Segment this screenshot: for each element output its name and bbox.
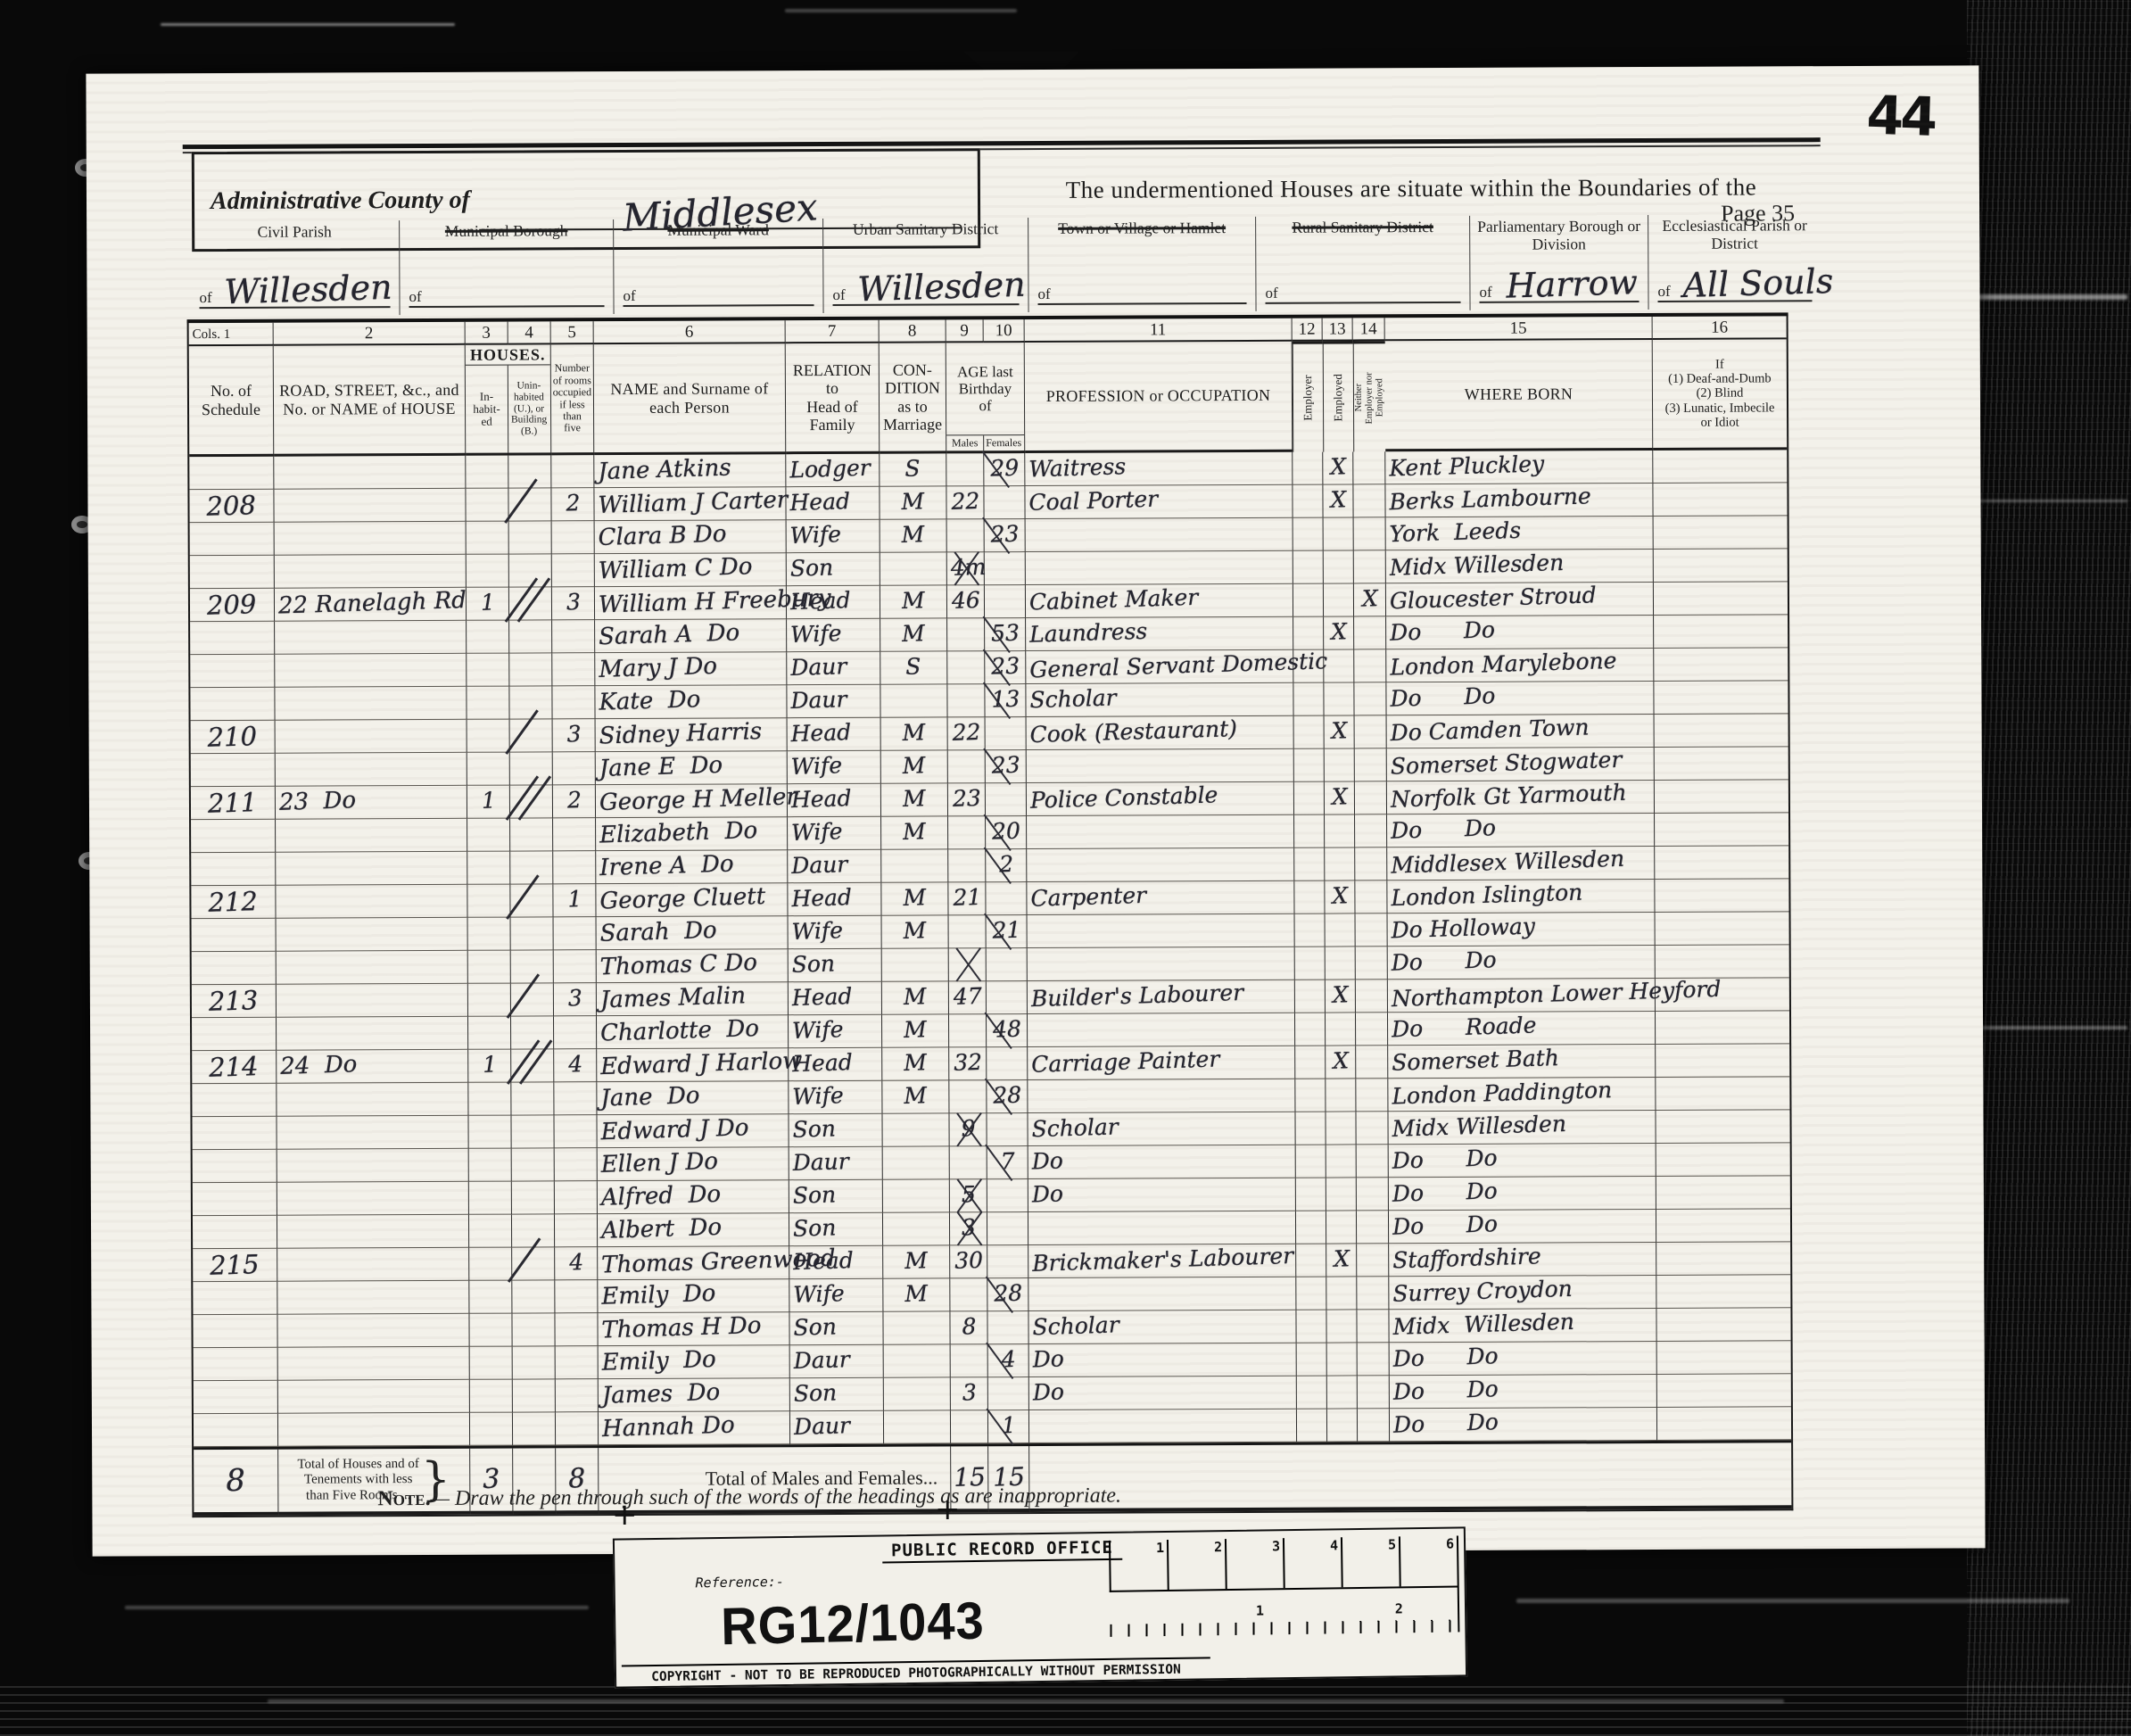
name-cell: Thomas C Do [597,949,789,983]
header-infirmity: If (1) Deaf-and-Dumb (2) Blind (3) Lunat… [1653,339,1788,451]
district-value: All Souls [1683,266,1834,301]
age-male-cell: 22 [946,486,984,519]
scan-streak [1971,500,2127,502]
uninhabited-cell [510,818,553,851]
rooms-cell [552,686,595,719]
ruler-cm-cell: 3 [1227,1538,1285,1589]
column-number-15: 15 [1385,317,1653,341]
road-cell [277,951,468,985]
header-condition: CON- DITION as to Marriage [880,343,947,453]
born-cell: Do Do [1386,616,1654,649]
neither-cell [1357,1211,1389,1244]
uninhabited-cell [512,1214,555,1247]
census-scan-photo: Administrative County of Middlesex The u… [0,0,2131,1736]
uninhabited-cell [511,983,554,1016]
reference-label: Reference:- [695,1574,784,1591]
relation-cell: Son [789,949,882,982]
born-cell: Do Roade [1388,1012,1656,1046]
employer-cell [1294,782,1325,815]
employed-cell: X [1325,781,1355,814]
employed-cell [1325,748,1355,781]
name-cell: Elizabeth Do [596,817,788,851]
table-header-row: No. of Schedule ROAD, STREET, &c., and N… [189,339,1788,457]
condition-cell: M [880,618,947,651]
age-female-cell [987,1212,1028,1245]
road-cell [277,1281,469,1315]
name-cell: Edward J Harlow [597,1048,789,1082]
rooms-cell [551,455,594,488]
rooms-cell [553,818,596,851]
road-cell [276,819,467,853]
rooms-cell: 4 [554,1049,597,1082]
age-female-cell [984,486,1025,519]
born-cell: Somerset Stogwater [1387,748,1655,781]
age-female-cell: 23 [986,750,1027,783]
name-cell: George H Meller [596,784,788,818]
occupation-cell [1027,749,1294,783]
born-cell: Kent Pluckley [1385,451,1653,484]
road-cell [275,687,467,721]
ruler-cm-cell: 6 [1400,1535,1459,1586]
infirmity-cell [1656,1308,1790,1342]
district-field-3: Municipal Wardof [614,219,823,314]
header-neither-employer-nor-employed: Neither Employer nor Employed [1353,341,1386,451]
uninhabited-cell [512,1247,555,1280]
scan-noise-right [1967,0,2131,1736]
name-cell: Ellen J Do [598,1147,789,1181]
uninhabited-cell [512,1148,555,1181]
born-cell: Do Do [1389,1144,1656,1178]
neither-cell [1355,748,1387,781]
district-value: Willesden [858,269,1026,304]
header-employed: Employed [1323,341,1354,451]
infirmity-cell [1655,780,1788,814]
occupation-cell: Coal Porter [1025,485,1293,519]
condition-cell: M [882,915,949,948]
district-label: Rural Sanitary District [1263,218,1462,236]
inhabited-cell [467,852,510,885]
header-age-banner: AGE last Birthday of [946,343,1024,434]
age-male-cell: 30 [950,1245,987,1278]
scan-streak [125,1606,589,1609]
age-female-cell: 13 [985,684,1026,717]
rooms-cell: 2 [553,785,596,818]
uninhabited-cell [510,851,553,884]
employed-cell [1324,517,1354,550]
neither-cell [1356,913,1388,947]
condition-cell: M [882,1047,949,1080]
schedule-cell [194,1348,278,1381]
schedule-cell [191,820,276,853]
neither-cell [1353,484,1385,517]
header-where-born: WHERE BORN [1385,340,1654,451]
age-male-cell [949,915,987,948]
relation-cell: Son [789,1114,882,1147]
district-label: Urban Sanitary District [830,219,1020,238]
name-cell: Sarah Do [597,916,789,950]
inhabited-cell [467,687,509,720]
neither-cell [1356,1046,1388,1079]
name-cell: Thomas Greenwood [598,1246,789,1280]
neither-cell [1353,451,1385,484]
scan-streak [1516,1599,2069,1603]
relation-cell: Daur [790,1411,884,1444]
born-cell: London Islington [1387,880,1655,913]
header-name-surname: NAME and Surname of each Person [594,343,787,455]
born-cell: Somerset Bath [1388,1045,1656,1079]
rooms-cell [555,1148,598,1181]
age-female-cell: 2 [986,849,1027,882]
age-male-cell [949,1014,987,1047]
age-female-cell [986,783,1027,816]
employer-cell [1293,617,1324,650]
district-of-label: of [623,287,635,305]
neither-cell [1358,1376,1390,1409]
district-label: Town or Village or Hamlet [1036,219,1248,237]
inhabited-cell [470,1380,513,1413]
ruler-inch-label: 2 [1395,1600,1403,1616]
district-of-label: of [1265,285,1277,302]
uninhabited-cell [508,488,551,521]
schedule-cell [192,952,277,985]
infirmity-cell [1653,450,1787,484]
ruler-cm-cell: 5 [1342,1536,1401,1587]
registration-cross: + [935,1492,961,1527]
relation-cell: Head [786,487,880,520]
neither-cell [1355,880,1387,913]
district-label: Municipal Ward [621,220,815,239]
occupation-cell: Do [1028,1145,1296,1179]
column-number-16: 16 [1653,316,1787,340]
employed-cell [1324,682,1354,715]
district-label: Ecclesiastical Parish or District [1656,216,1813,252]
inhabited-cell [467,522,509,555]
infirmity-cell [1657,1374,1791,1408]
ruler-bottom-scale: 12 [1110,1587,1460,1636]
employed-cell [1327,1376,1358,1409]
employer-cell [1293,650,1324,683]
name-cell: Thomas H Do [598,1312,789,1346]
inhabited-cell [469,1281,512,1314]
name-cell: George Cluett [596,883,788,917]
neither-cell [1354,649,1386,682]
occupation-cell [1028,1013,1295,1047]
uninhabited-cell [509,686,552,719]
neither-cell [1355,814,1387,847]
employer-cell [1295,914,1326,947]
employed-cell: X [1325,880,1355,913]
schedule-cell: 211 [191,787,276,820]
road-cell [277,918,468,952]
folio-number-stamp: 44 [1866,85,1936,149]
neither-cell [1355,715,1387,748]
column-number-14: 14 [1353,318,1385,341]
condition-cell: S [880,453,946,486]
employed-cell [1326,1145,1357,1178]
condition-cell [882,948,949,981]
occupation-cell: Do [1029,1376,1297,1410]
age-female-cell [987,1113,1028,1146]
uninhabited-cell [511,1082,554,1115]
schedule-cell [190,523,275,556]
schedule-cell [193,1216,277,1249]
born-cell: Midx Willesden [1389,1309,1656,1343]
employed-cell: X [1326,980,1356,1013]
scan-streak [161,23,455,26]
rooms-cell: 3 [553,719,596,752]
inhabited-cell [466,489,508,522]
name-cell: Irene A Do [596,850,788,884]
inhabited-cell [467,720,510,753]
schedule-cell [192,1117,277,1150]
rooms-cell [555,1313,598,1346]
infirmity-cell [1656,1176,1790,1210]
born-cell: London Paddington [1388,1078,1656,1112]
age-male-cell [950,1146,987,1179]
employer-cell [1296,1277,1326,1310]
neither-cell [1354,550,1386,583]
schedule-cell [189,457,274,490]
condition-cell: M [882,981,949,1014]
district-field-8: Ecclesiastical Parish or DistrictofAll S… [1648,214,1821,310]
age-female-cell [987,1179,1028,1212]
condition-cell: S [880,651,947,684]
column-number-1: Cols. 1 [189,323,274,346]
header-males: Males [946,435,984,451]
header-inhabited: In- habit- ed [466,366,508,453]
occupation-cell [1029,1409,1297,1443]
born-cell: Northampton Lower Heyford [1388,979,1656,1013]
uninhabited-cell [513,1412,556,1445]
born-cell: Midx Willesden [1386,550,1654,583]
uninhabited-cell [511,950,554,983]
uninhabited-cell [510,884,553,917]
uninhabited-cell [511,1049,554,1082]
employer-cell [1295,1013,1326,1046]
age-male-cell [951,1344,988,1377]
name-cell: Jane Atkins [594,454,786,488]
occupation-cell: Scholar [1028,1310,1296,1344]
road-cell [277,1083,468,1117]
neither-cell [1358,1409,1390,1442]
age-female-cell [987,1047,1028,1080]
uninhabited-cell [513,1346,556,1379]
employer-cell [1297,1376,1327,1409]
occupation-cell [1028,1079,1295,1113]
born-cell: Midx Willesden [1388,1111,1656,1145]
condition-cell: M [882,1080,949,1113]
neither-cell [1357,1277,1389,1310]
ruler-cm-cell: 4 [1284,1537,1343,1588]
ruler-cm-cell: 2 [1169,1539,1227,1590]
condition-cell: M [881,783,948,816]
neither-cell [1356,1013,1388,1046]
employer-cell [1295,1112,1326,1145]
table-body: Jane AtkinsLodgerS29WaitressXKent Pluckl… [189,450,1791,1447]
rooms-cell [552,521,595,554]
road-cell [276,852,467,886]
uninhabited-cell [509,653,552,686]
header-females: Females [984,435,1023,451]
age-male-cell [946,453,984,486]
infirmity-cell [1656,1143,1790,1177]
employer-cell [1295,1046,1326,1079]
road-cell [276,753,467,787]
occupation-cell [1028,1211,1296,1245]
reference-number: RG12/1043 [721,1590,986,1657]
occupation-cell: Do [1029,1343,1297,1377]
condition-cell: M [881,717,948,750]
occupation-cell [1028,914,1295,948]
age-female-cell [987,981,1028,1014]
column-number-5: 5 [551,321,594,344]
condition-cell [880,684,947,717]
age-male-cell [947,618,985,651]
employer-cell [1293,584,1324,617]
district-of-label: of [1037,285,1050,303]
occupation-cell: Laundress [1026,617,1293,651]
age-female-cell: 4 [988,1344,1029,1377]
relation-cell: Son [787,553,880,586]
inhabited-cell [468,1083,511,1116]
schedule-cell [194,1414,278,1447]
scan-streak [1971,294,2127,300]
employer-cell [1296,1244,1326,1277]
relation-cell: Son [790,1378,884,1411]
inhabited-cell [470,1413,513,1446]
road-cell [276,885,467,919]
relation-cell: Wife [787,520,880,553]
employed-cell [1325,814,1355,847]
scan-noise-bottom [0,1681,2131,1736]
column-number-13: 13 [1323,318,1353,341]
born-cell: Surrey Croydon [1389,1276,1656,1310]
inhabited-cell [470,1347,513,1380]
age-female-cell: 7 [987,1146,1028,1179]
uninhabited-cell [512,1181,555,1214]
born-cell: Do Camden Town [1387,715,1655,748]
age-male-cell: 23 [948,783,986,816]
condition-cell [883,1311,950,1344]
neither-cell [1354,682,1386,715]
inhabited-cell [469,1149,512,1182]
condition-cell [884,1377,951,1410]
road-cell [275,621,467,655]
condition-cell: M [883,1245,950,1278]
relation-cell: Daur [788,850,881,883]
employer-cell [1294,716,1325,749]
name-cell: Emily Do [598,1279,789,1313]
district-field-7: Parliamentary Borough or DivisionofHarro… [1470,215,1648,310]
total-schedules: 8 [194,1450,278,1516]
employed-cell [1326,913,1356,947]
header-employer: Employer [1293,342,1324,452]
road-cell [274,456,466,490]
rooms-cell: 3 [554,983,597,1016]
road-cell [277,1017,468,1051]
uninhabited-cell [513,1379,556,1412]
employed-cell [1326,1013,1356,1046]
header-rooms: Number of rooms occupied if less than fi… [551,344,595,455]
uninhabited-cell [511,917,554,950]
age-male-cell: 46 [947,585,985,618]
infirmity-cell [1656,1242,1790,1276]
district-field-4: Urban Sanitary DistrictofWillesden [823,218,1028,313]
age-female-cell: 48 [987,1014,1028,1047]
district-of-label: of [1479,284,1491,302]
occupation-cell: Cook (Restaurant) [1027,716,1294,750]
condition-cell: M [882,1014,949,1047]
age-female-cell [987,1311,1028,1344]
relation-cell: Wife [789,916,882,949]
district-label: Civil Parish [197,222,392,241]
occupation-cell: Scholar [1026,683,1293,717]
uninhabited-cell [509,620,552,653]
road-cell [277,1149,469,1183]
employer-cell [1295,947,1326,980]
infirmity-cell [1655,879,1788,913]
employer-cell [1295,1079,1326,1112]
inhabited-cell [467,819,510,852]
form-top-rule [183,137,1821,149]
infirmity-cell [1654,549,1788,583]
employed-cell [1326,1310,1357,1343]
road-cell [278,1380,470,1414]
relation-cell: Wife [787,619,880,652]
condition-cell [881,849,948,882]
employed-cell [1326,947,1356,980]
district-underline: ofWillesden [199,258,390,309]
infirmity-cell [1653,483,1787,517]
born-cell: Do Do [1390,1342,1657,1376]
district-of-label: of [832,286,845,304]
infirmity-cell [1654,516,1788,550]
born-cell: Norfolk Gt Yarmouth [1387,781,1655,814]
relation-cell: Wife [789,1015,882,1048]
census-sheet: Administrative County of Middlesex The u… [86,65,1985,1556]
inhabited-cell [468,984,511,1017]
employer-cell [1293,683,1324,716]
inhabited-cell [467,555,509,588]
schedule-cell [190,688,275,721]
condition-cell [883,1179,950,1212]
infirmity-cell [1657,1407,1791,1441]
employed-cell [1324,550,1354,583]
age-male-cell: 32 [949,1047,987,1080]
rooms-cell [555,1280,598,1313]
header-road-street: ROAD, STREET, &c., and No. or NAME of HO… [274,345,467,457]
schedule-cell [190,655,275,688]
public-record-office-stamp: PUBLIC RECORD OFFICE Reference:- RG12/10… [613,1526,1467,1688]
infirmity-cell [1654,648,1788,682]
inhabited-cell [467,885,510,918]
born-cell: Gloucester Stroud [1386,583,1654,616]
condition-cell: M [881,882,948,915]
neither-cell [1354,616,1386,649]
header-relation: RELATION to Head of Family [786,343,880,454]
district-underline: of [409,257,604,308]
age-female-cell: 28 [987,1080,1028,1113]
infirmity-cell [1657,1341,1791,1375]
column-number-2: 2 [274,322,466,346]
infirmity-cell [1656,1077,1789,1111]
district-value: Harrow [1505,267,1640,302]
header-uninhabited: Unin- habited (U.), or Building (B.) [508,366,549,453]
infirmity-cell [1654,681,1788,715]
name-cell: Hannah Do [599,1411,790,1445]
road-cell [277,1215,469,1249]
neither-cell [1356,947,1388,980]
